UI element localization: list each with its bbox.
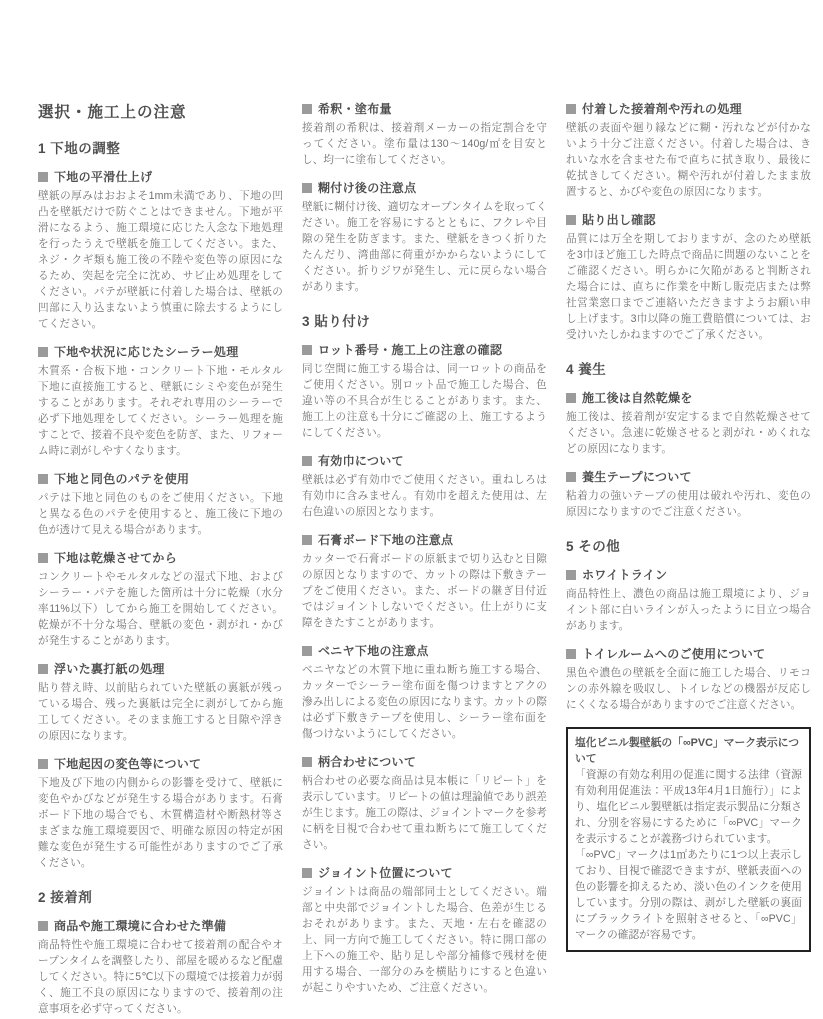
sub-heading: 養生テープについて	[566, 468, 811, 485]
body-paragraph: 同じ空間に施工する場合は、同一ロットの商品をご使用ください。別ロット品で施工した…	[302, 361, 547, 441]
sub-heading-label: ベニヤ下地の注意点	[318, 642, 429, 659]
sub-heading: 石膏ボード下地の注意点	[302, 531, 547, 548]
sub-heading-label: 下地と同色のパテを使用	[54, 470, 189, 487]
document-page: 選択・施工上の注意1 下地の調整下地の平滑仕上げ壁紙の厚みはおおよそ1mm未満で…	[0, 0, 823, 823]
square-bullet-icon	[566, 649, 576, 659]
square-bullet-icon	[566, 104, 576, 114]
sub-heading: 下地起因の変色等について	[38, 755, 283, 772]
square-bullet-icon	[302, 104, 312, 114]
body-paragraph: 商品特性上、濃色の商品は施工環境により、ジョイント部に白いラインが入ったように目…	[566, 586, 811, 634]
body-paragraph: 黒色や濃色の壁紙を全面に施工した場合、リモコンの赤外線を吸収し、トイレなどの機器…	[566, 665, 811, 713]
sub-heading: 下地や状況に応じたシーラー処理	[38, 343, 283, 360]
sub-heading-label: 柄合わせについて	[318, 753, 416, 770]
column-layout: 選択・施工上の注意1 下地の調整下地の平滑仕上げ壁紙の厚みはおおよそ1mm未満で…	[38, 100, 801, 823]
square-bullet-icon	[38, 664, 48, 674]
body-paragraph: 接着剤の希釈は、接着剤メーカーの指定割合を守ってください。塗布量は130～140…	[302, 120, 547, 168]
sub-heading: 付着した接着剤や汚れの処理	[566, 100, 811, 117]
square-bullet-icon	[38, 474, 48, 484]
section-heading: 1 下地の調整	[38, 137, 283, 157]
sub-heading: 柄合わせについて	[302, 753, 547, 770]
sub-heading-label: 付着した接着剤や汚れの処理	[582, 100, 742, 117]
square-bullet-icon	[302, 535, 312, 545]
body-paragraph: 下地及び下地の内側からの影響を受けて、壁紙に変色やかびなどが発生する場合がありま…	[38, 775, 283, 823]
sub-heading-label: ロット番号・施工上の注意の確認	[318, 341, 502, 358]
column-3: 付着した接着剤や汚れの処理壁紙の表面や廻り縁などに糊・汚れなどが付かないよう十分…	[566, 100, 811, 823]
sub-heading-label: 石膏ボード下地の注意点	[318, 531, 453, 548]
sub-heading: 施工後は自然乾燥を	[566, 389, 811, 406]
body-paragraph: 壁紙の厚みはおおよそ1mm未満であり、下地の凹凸を壁紙だけで防ぐことはできません…	[38, 188, 283, 332]
sub-heading-label: 養生テープについて	[582, 468, 692, 485]
sub-heading: ホワイトライン	[566, 566, 811, 583]
square-bullet-icon	[302, 646, 312, 656]
square-bullet-icon	[566, 570, 576, 580]
sub-heading-label: ホワイトライン	[582, 566, 667, 583]
sub-heading-label: 貼り出し確認	[582, 211, 656, 228]
square-bullet-icon	[566, 472, 576, 482]
square-bullet-icon	[566, 393, 576, 403]
square-bullet-icon	[302, 757, 312, 767]
sub-heading: 貼り出し確認	[566, 211, 811, 228]
body-paragraph: パテは下地と同色のものをご使用ください。下地と異なる色のパテを使用すると、施工後…	[38, 490, 283, 538]
sub-heading-label: 希釈・塗布量	[318, 100, 392, 117]
body-paragraph: 壁紙に糊付け後、適切なオープンタイムを取ってください。施工を容易にするとともに、…	[302, 199, 547, 295]
square-bullet-icon	[302, 183, 312, 193]
sub-heading: 浮いた裏打紙の処理	[38, 660, 283, 677]
sub-heading-label: 糊付け後の注意点	[318, 179, 416, 196]
body-paragraph: 壁紙の表面や廻り縁などに糊・汚れなどが付かないよう十分ご注意ください。付着した場…	[566, 120, 811, 200]
body-paragraph: 壁紙は必ず有効巾でご使用ください。重ねしろは有効巾に含みません。有効巾を超えた使…	[302, 472, 547, 520]
body-paragraph: 施工後は、接着剤が安定するまで自然乾燥させてください。急速に乾燥させると剥がれ・…	[566, 409, 811, 457]
notice-box-title: 塩化ビニル製壁紙の「∞PVC」マーク表示について	[575, 735, 802, 767]
sub-heading-label: 下地起因の変色等について	[54, 755, 201, 772]
body-paragraph: ベニヤなどの木質下地に重ね断ち施工する場合、カッターでシーラー塗布面を傷つけます…	[302, 662, 547, 742]
square-bullet-icon	[302, 345, 312, 355]
sub-heading-label: 浮いた裏打紙の処理	[54, 660, 165, 677]
body-paragraph: カッターで石膏ボードの原紙まで切り込むと目隙の原因となりますので、カットの際は下…	[302, 551, 547, 631]
body-paragraph: 品質には万全を期しておりますが、念のため壁紙を3巾ほど施工した時点で商品に問題の…	[566, 231, 811, 343]
square-bullet-icon	[38, 172, 48, 182]
body-paragraph: コンクリートやモルタルなどの湿式下地、およびシーラー・パテを施した箇所は十分に乾…	[38, 569, 283, 649]
square-bullet-icon	[38, 759, 48, 769]
column-1: 選択・施工上の注意1 下地の調整下地の平滑仕上げ壁紙の厚みはおおよそ1mm未満で…	[38, 100, 283, 823]
square-bullet-icon	[566, 215, 576, 225]
square-bullet-icon	[38, 553, 48, 563]
square-bullet-icon	[38, 347, 48, 357]
sub-heading: 下地と同色のパテを使用	[38, 470, 283, 487]
sub-heading: 有効巾について	[302, 452, 547, 469]
notice-box-paragraph: 「資源の有効な利用の促進に関する法律（資源有効利用促進法：平成13年4月1日施行…	[575, 767, 802, 823]
sub-heading-label: 有効巾について	[318, 452, 404, 469]
section-heading: 3 貼り付け	[302, 310, 547, 330]
body-paragraph: 貼り替え時、以前貼られていた壁紙の裏紙が残っている場合、残った裏紙は完全に剥がし…	[38, 680, 283, 744]
page-title: 選択・施工上の注意	[38, 100, 283, 122]
sub-heading: トイレルームへのご使用について	[566, 645, 811, 662]
square-bullet-icon	[302, 456, 312, 466]
sub-heading: ロット番号・施工上の注意の確認	[302, 341, 547, 358]
sub-heading: ベニヤ下地の注意点	[302, 642, 547, 659]
sub-heading: 糊付け後の注意点	[302, 179, 547, 196]
section-heading: 5 その他	[566, 535, 811, 555]
body-paragraph: 木質系・合板下地・コンクリート下地・モルタル下地に直接施工すると、壁紙にシミや変…	[38, 363, 283, 459]
sub-heading: 希釈・塗布量	[302, 100, 547, 117]
sub-heading: 下地は乾燥させてから	[38, 549, 283, 566]
section-heading: 4 養生	[566, 358, 811, 378]
sub-heading-label: 下地や状況に応じたシーラー処理	[54, 343, 239, 360]
sub-heading-label: 施工後は自然乾燥を	[582, 389, 693, 406]
sub-heading-label: トイレルームへのご使用について	[582, 645, 765, 662]
sub-heading-label: 下地は乾燥させてから	[54, 549, 177, 566]
column-2: 希釈・塗布量接着剤の希釈は、接着剤メーカーの指定割合を守ってください。塗布量は1…	[302, 100, 547, 823]
sub-heading-label: 下地の平滑仕上げ	[54, 168, 152, 185]
pvc-mark-notice-box: 塩化ビニル製壁紙の「∞PVC」マーク表示について「資源の有効な利用の促進に関する…	[566, 727, 811, 823]
sub-heading: 下地の平滑仕上げ	[38, 168, 283, 185]
body-paragraph: 粘着力の強いテープの使用は破れや汚れ、変色の原因になりますのでご注意ください。	[566, 488, 811, 520]
body-paragraph: 柄合わせの必要な商品は見本帳に「リピート」を表示しています。リピートの値は理論値…	[302, 773, 547, 823]
